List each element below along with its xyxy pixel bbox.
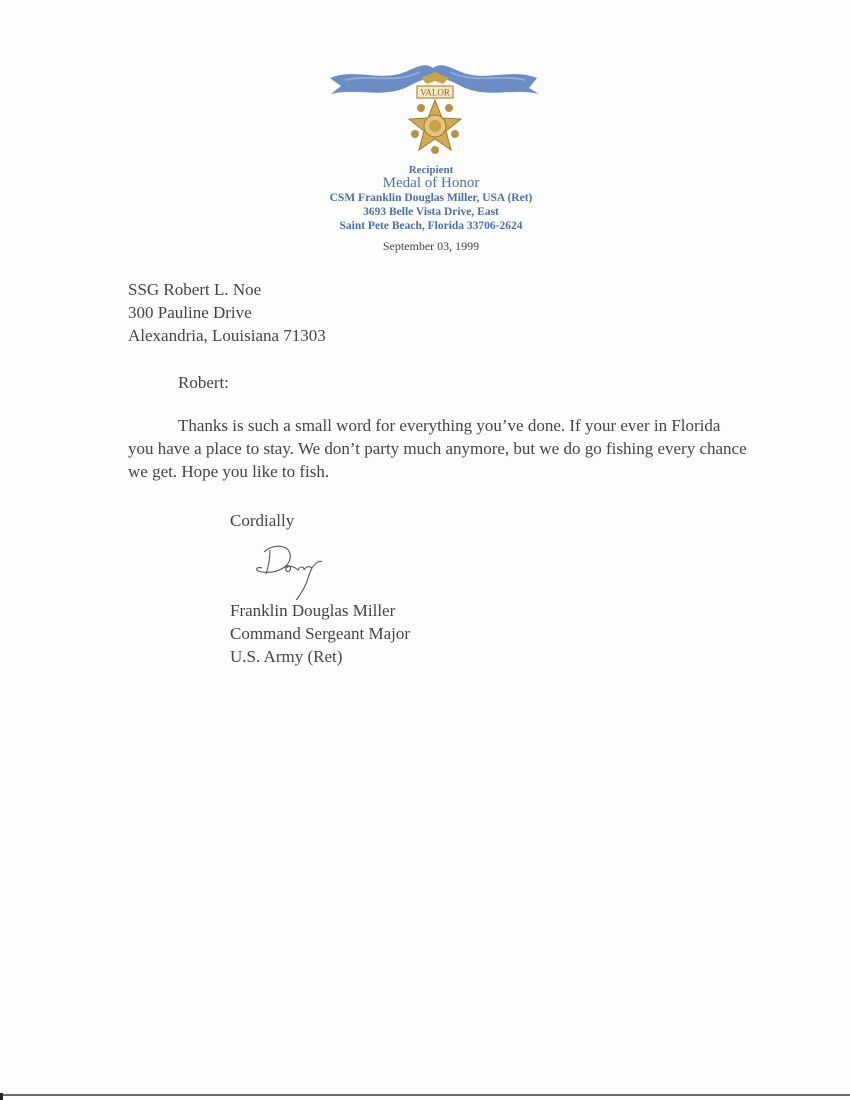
letter-page: VALOR Recipient Medal of Honor CSM Frank… bbox=[0, 0, 850, 1100]
recipient-name: SSG Robert L. Noe bbox=[128, 278, 326, 301]
recipient-address: SSG Robert L. Noe 300 Pauline Drive Alex… bbox=[128, 278, 326, 347]
signer-service: U.S. Army (Ret) bbox=[230, 645, 410, 668]
signer-name: Franklin Douglas Miller bbox=[230, 599, 410, 622]
letterhead-sender-name: CSM Franklin Douglas Miller, USA (Ret) bbox=[0, 192, 850, 204]
letterhead-award: Medal of Honor bbox=[0, 175, 850, 192]
page-corner-mark bbox=[0, 1093, 3, 1100]
salutation: Robert: bbox=[178, 371, 229, 394]
closing: Cordially bbox=[230, 509, 294, 532]
letterhead-street: 3693 Belle Vista Drive, East bbox=[0, 206, 850, 218]
letter-body-text: Thanks is such a small word for everythi… bbox=[128, 416, 747, 481]
recipient-street: 300 Pauline Drive bbox=[128, 301, 326, 324]
handwritten-signature-icon bbox=[250, 538, 330, 600]
letter-date: September 03, 1999 bbox=[0, 239, 850, 254]
letter-body: Thanks is such a small word for everythi… bbox=[128, 414, 748, 483]
recipient-city: Alexandria, Louisiana 71303 bbox=[128, 324, 326, 347]
svg-text:VALOR: VALOR bbox=[420, 88, 450, 98]
page-bottom-edge bbox=[0, 1094, 850, 1096]
letterhead-city: Saint Pete Beach, Florida 33706-2624 bbox=[0, 220, 850, 232]
signer-title: Command Sergeant Major bbox=[230, 622, 410, 645]
medal-of-honor-emblem-icon: VALOR bbox=[325, 50, 545, 168]
signature-block: Franklin Douglas Miller Command Sergeant… bbox=[230, 599, 410, 668]
